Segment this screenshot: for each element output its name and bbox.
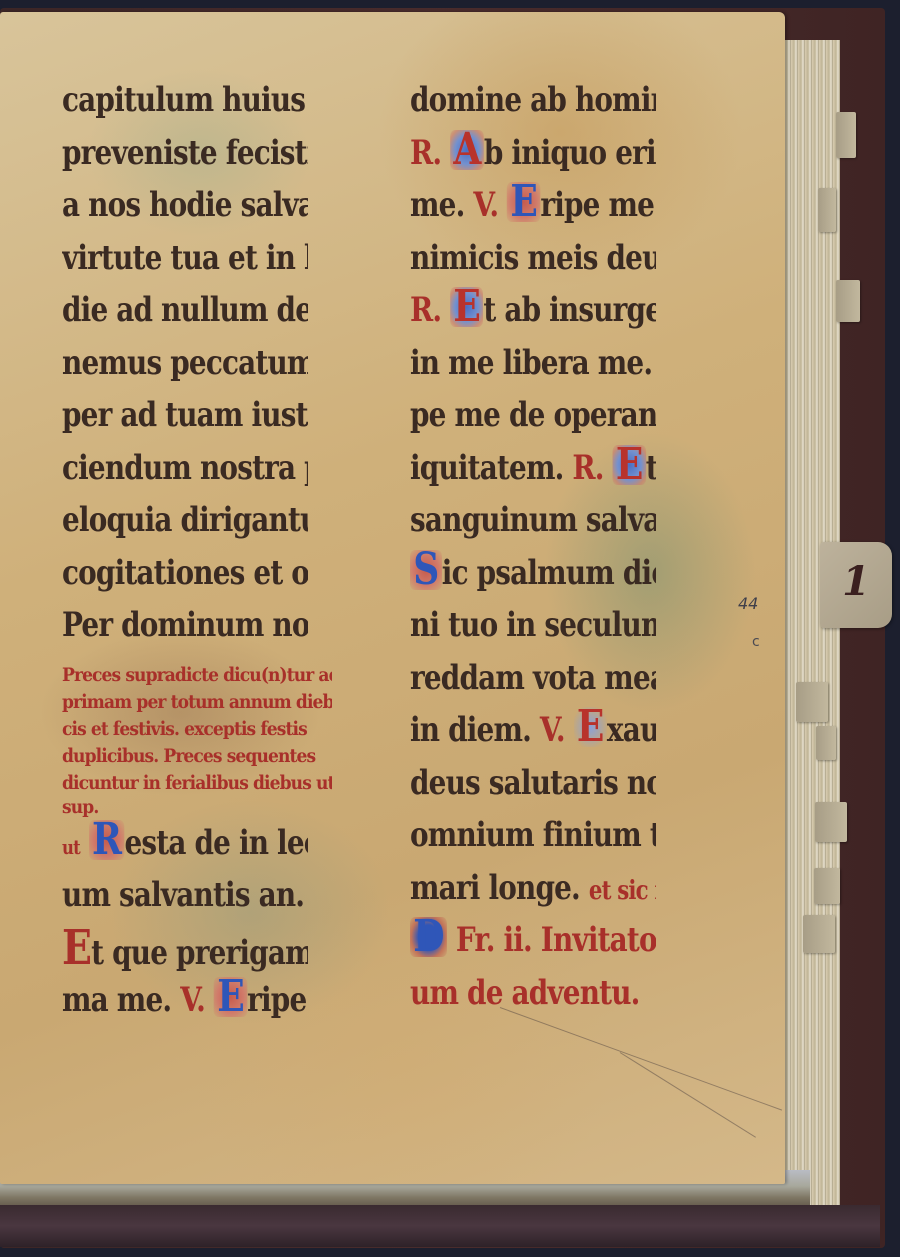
- text-line: pe me de operantibus in: [410, 389, 656, 442]
- rubric-line: cis et festivis. exceptis festis: [62, 716, 332, 743]
- decorated-initial: D: [410, 917, 447, 957]
- rubric-span: Fr. ii. Invitatori: [456, 920, 656, 960]
- text-line: ma me. V. Eripe me: [62, 974, 308, 1027]
- rubric-line: primam per totum annum diebus domini: [62, 689, 332, 716]
- text-span: ic psalmum dicam nomi: [442, 553, 656, 593]
- page-tab[interactable]: [836, 112, 856, 158]
- text-line: die ad nullum declin: [62, 284, 308, 337]
- left-column: capitulum huius diei vel preveniste feci…: [62, 74, 362, 1027]
- text-line: deus salutaris noster. R. Spes: [410, 757, 656, 810]
- text-line: Et que prerigamine confir: [62, 922, 308, 975]
- text-line: virtute tua et in hac: [62, 232, 308, 285]
- right-column: domine ab homine malo. R. Ab iniquo erip…: [410, 74, 710, 1019]
- text-span: ripe me: [247, 980, 308, 1020]
- decorated-initial: A: [450, 130, 484, 170]
- text-span: ni tuo in seculum seculi.: [410, 605, 656, 645]
- rubric-span: et sic in psalmis.: [589, 876, 656, 906]
- text-line: eloquia dirigantur: [62, 494, 308, 547]
- text-line: ciendum nostra procedat: [62, 442, 308, 495]
- text-span: esta de in leon: [124, 823, 308, 863]
- rubric-line: D Fr. ii. Invitatori: [410, 914, 656, 967]
- section-tab[interactable]: 1: [820, 542, 892, 628]
- text-line: preveniste fecisti ut: [62, 127, 308, 180]
- text-line: sanguinum salva me. V.: [410, 494, 656, 547]
- text-span: ripe me de i: [540, 185, 656, 225]
- rubric-prefix: ut: [62, 835, 80, 859]
- binding-bottom-edge: [0, 1205, 880, 1247]
- versicle-mark: V.: [540, 710, 565, 750]
- text-line: Sic psalmum dicam nomi: [410, 547, 656, 600]
- versicle-mark: V.: [180, 980, 205, 1020]
- text-line: cogitationes et operi.: [62, 547, 308, 600]
- page-tab[interactable]: [815, 802, 847, 842]
- rubric-line: Preces supradicte dicu(n)tur ad: [62, 662, 332, 689]
- text-line: ni tuo in seculum seculi. R. Ut: [410, 599, 656, 652]
- page-tab[interactable]: [814, 868, 840, 904]
- text-span: mari longe.: [410, 868, 580, 908]
- text-line: per ad tuam iustitiam fa: [62, 389, 308, 442]
- text-line: mari longe. et sic in psalmis.: [410, 862, 656, 915]
- text-line: in me libera me. V. Eri: [410, 337, 656, 390]
- parchment-crack: [500, 1007, 782, 1111]
- decorated-initial: E: [613, 445, 646, 485]
- text-span: iquitatem.: [410, 448, 564, 488]
- page-tab[interactable]: [816, 726, 836, 760]
- text-span: sanguinum salva me.: [410, 500, 656, 540]
- text-span: xaudi nos: [607, 710, 656, 750]
- text-line: a nos hodie salva: [62, 179, 308, 232]
- text-span: b iniquo eripe: [484, 133, 656, 173]
- text-line: nemus peccatum sed sem: [62, 337, 308, 390]
- text-line: R. Ab iniquo eripe: [410, 127, 656, 180]
- text-span: t de viris: [646, 448, 656, 488]
- red-initial: E: [62, 922, 91, 975]
- text-span: deus salutaris noster.: [410, 763, 656, 803]
- decorated-initial: S: [410, 550, 442, 590]
- text-line: iquitatem. R. Et de viris: [410, 442, 656, 495]
- versicle-mark: V.: [473, 185, 498, 225]
- rubric-line: um de adventu.: [410, 967, 656, 1020]
- parchment-crack: [620, 1052, 756, 1138]
- folio-number: 44: [738, 594, 758, 613]
- text-span: in me libera me.: [410, 343, 652, 383]
- responsory-mark: R.: [410, 290, 441, 330]
- page-tab[interactable]: [818, 188, 836, 232]
- text-line: reddam vota mea de die: [410, 652, 656, 705]
- text-line: ut Resta de in leon: [62, 817, 308, 870]
- text-line: R. Et ab insurgentibus: [410, 284, 656, 337]
- text-span: me.: [410, 185, 464, 225]
- text-line: domine ab homine malo.: [410, 74, 656, 127]
- text-span: um salvantis an.: [62, 875, 304, 915]
- text-span: t ab insurgentibus: [483, 290, 656, 330]
- decorated-initial: E: [507, 182, 540, 222]
- text-line: omnium finium terre et i: [410, 809, 656, 862]
- section-tab-label: 1: [842, 558, 870, 605]
- text-line: um salvantis an. R.: [62, 869, 308, 922]
- rubric-line: duplicibus. Preces sequentes: [62, 743, 332, 770]
- rubric-line: dicuntur in ferialibus diebus ut: [62, 770, 332, 797]
- decorated-initial: E: [214, 977, 247, 1017]
- folio-mark: c: [752, 634, 760, 650]
- text-line: capitulum huius diei vel: [62, 74, 308, 127]
- text-line: in diem. V. Exaudi nos: [410, 704, 656, 757]
- manuscript-page: capitulum huius diei vel preveniste feci…: [0, 12, 785, 1184]
- text-span: t que prerigamine confir: [91, 933, 308, 973]
- decorated-initial: R: [89, 820, 125, 860]
- decorated-initial: E: [450, 287, 483, 327]
- text-line: me. V. Eripe me de i: [410, 179, 656, 232]
- text-line: Per dominum nostrum ihm.: [62, 599, 308, 652]
- page-tab[interactable]: [803, 915, 835, 953]
- page-tab[interactable]: [836, 280, 860, 322]
- responsory-mark: R.: [572, 448, 603, 488]
- decorated-initial: E: [574, 707, 607, 747]
- text-span: ma me.: [62, 980, 171, 1020]
- responsory-mark: R.: [410, 133, 441, 173]
- text-span: in diem.: [410, 710, 531, 750]
- rubric-line: sup.: [62, 797, 332, 817]
- text-line: nimicis meis deus meus.: [410, 232, 656, 285]
- page-tab[interactable]: [796, 682, 828, 722]
